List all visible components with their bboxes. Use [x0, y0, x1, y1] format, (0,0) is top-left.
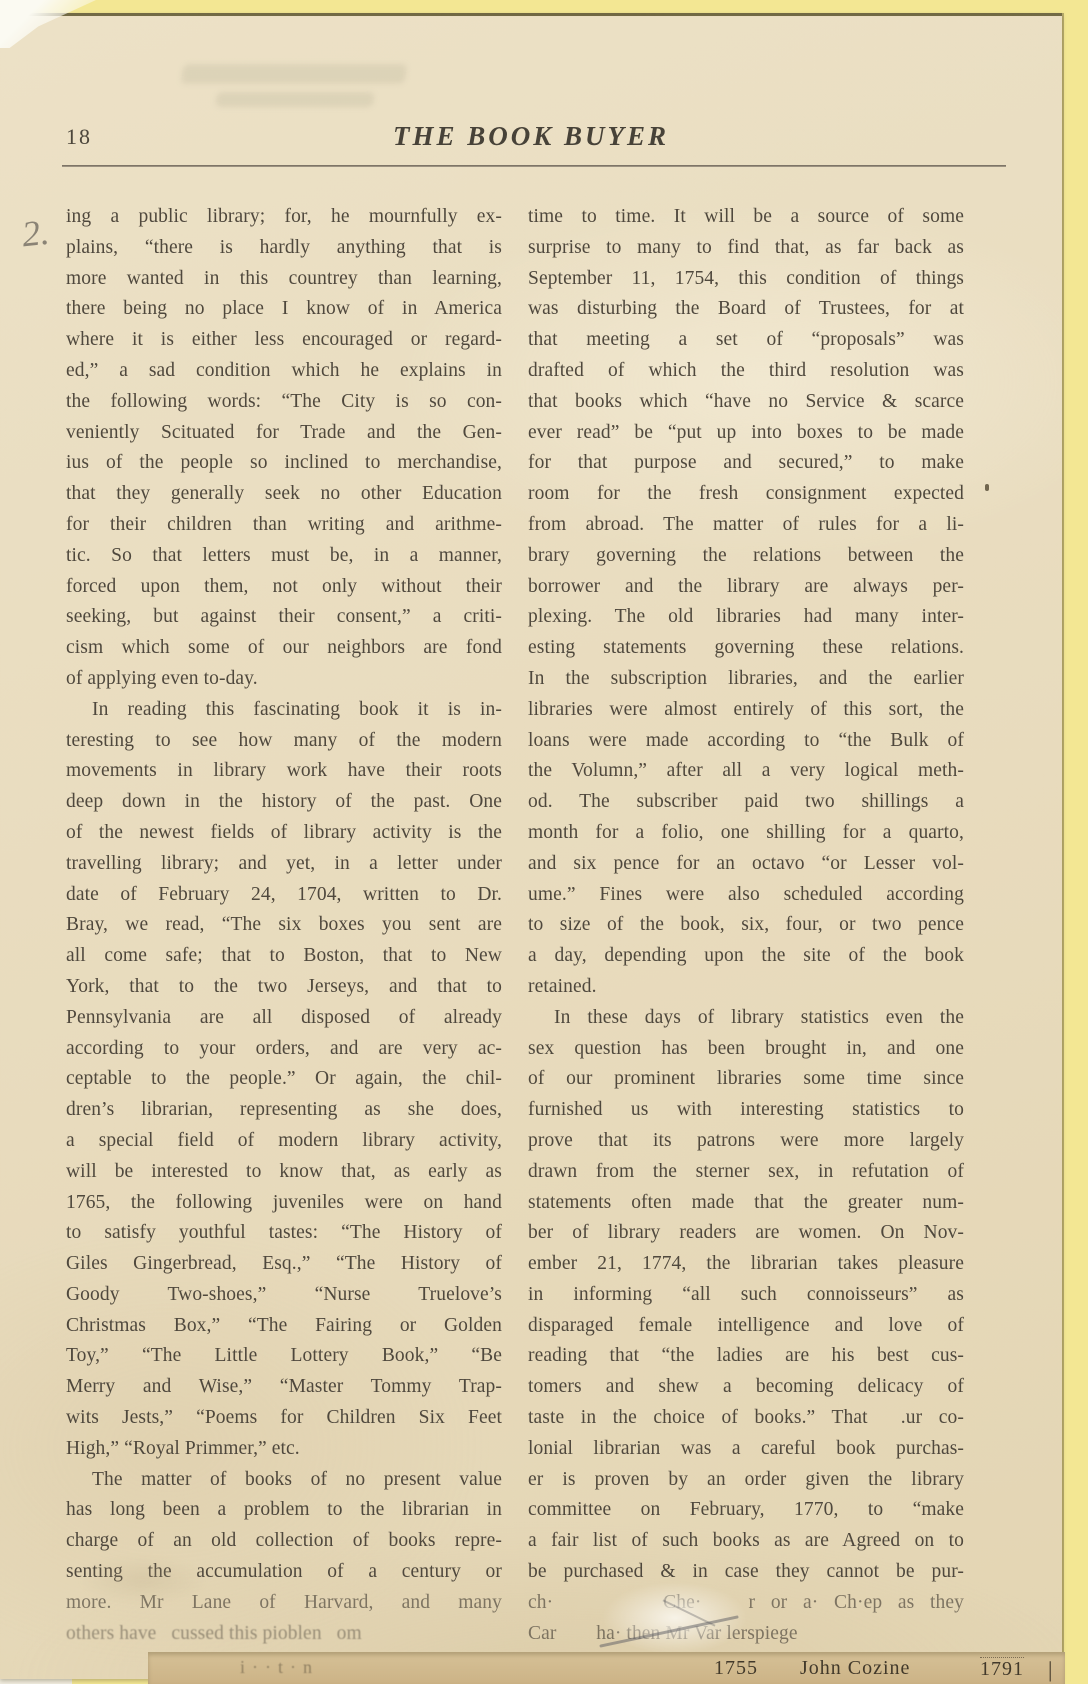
- text-line: September 11, 1754, this condition of th…: [528, 264, 964, 295]
- text-line: seeking, but against their consent,” a c…: [66, 602, 502, 633]
- text-line: of the newest fields of library activity…: [66, 818, 502, 849]
- bottom-clipping-strip: i··t·n 1755 John Cozine 1791 |: [148, 1652, 1065, 1684]
- text-line: to satisfy youthful tastes: “The History…: [66, 1218, 502, 1249]
- text-line: od. The subscriber paid two shillings a: [528, 787, 964, 818]
- text-line: York, that to the two Jerseys, and that …: [66, 972, 502, 1003]
- paper-stain: [58, 1548, 228, 1612]
- text-line: furnished us with interesting statistics…: [528, 1095, 964, 1126]
- text-line: there being no place I know of in Americ…: [66, 294, 502, 325]
- text-line: Christmas Box,” “The Fairing or Golden: [66, 1311, 502, 1342]
- text-line: wits Jests,” “Poems for Children Six Fee…: [66, 1403, 502, 1434]
- text-line: tomers and shew a becoming delicacy of: [528, 1372, 964, 1403]
- left-column: ing a public library; for, he mournfully…: [66, 202, 502, 1649]
- text-line: The matter of books of no present value: [66, 1465, 502, 1496]
- text-line: disparaged female intelligence and love …: [528, 1311, 964, 1342]
- text-line: Pennsylvania are all disposed of already: [66, 1003, 502, 1034]
- text-line: drawn from the sterner sex, in refutatio…: [528, 1157, 964, 1188]
- text-line: taste in the choice of books.” That .ur …: [528, 1403, 964, 1434]
- scanned-page: 18 THE BOOK BUYER 2. ing a public librar…: [0, 13, 1062, 1679]
- text-line: all come safe; that to Boston, that to N…: [66, 941, 502, 972]
- text-line: prove that its patrons were more largely: [528, 1126, 964, 1157]
- text-line: of our prominent libraries some time sin…: [528, 1064, 964, 1095]
- text-line: has long been a problem to the librarian…: [66, 1495, 502, 1526]
- text-line: drafted of which the third resolution wa…: [528, 356, 964, 387]
- text-line: Bray, we read, “The six boxes you sent a…: [66, 910, 502, 941]
- text-line: 1765, the following juveniles were on ha…: [66, 1188, 502, 1219]
- text-line: in informing “all such connoisseurs” as: [528, 1280, 964, 1311]
- text-line: veniently Scituated for Trade and the Ge…: [66, 418, 502, 449]
- text-line: will be interested to know that, as earl…: [66, 1157, 502, 1188]
- text-line: of applying even to-day.: [66, 664, 502, 695]
- text-line: movements in library work have their roo…: [66, 756, 502, 787]
- text-line: ing a public library; for, he mournfully…: [66, 202, 502, 233]
- text-line: dren’s librarian, representing as she do…: [66, 1095, 502, 1126]
- strip-name: John Cozine: [800, 1657, 910, 1680]
- text-line: Merry and Wise,” “Master Tommy Trap-: [66, 1372, 502, 1403]
- text-line: ed,” a sad condition which he explains i…: [66, 356, 502, 387]
- text-line: High,” “Royal Primmer,” etc.: [66, 1434, 502, 1465]
- page-title: THE BOOK BUYER: [0, 120, 1062, 152]
- text-line: month for a folio, one shilling for a qu…: [528, 818, 964, 849]
- text-line: Giles Gingerbread, Esq.,” “The History o…: [66, 1249, 502, 1280]
- stamp-bleedthrough-smudge: [181, 64, 408, 84]
- strip-year-left: 1755: [714, 1657, 758, 1680]
- text-line: ius of the people so inclined to merchan…: [66, 448, 502, 479]
- text-line: that meeting a set of “proposals” was: [528, 325, 964, 356]
- text-line: time to time. It will be a source of som…: [528, 202, 964, 233]
- text-line: lonial librarian was a careful book purc…: [528, 1434, 964, 1465]
- text-line: ber of library readers are women. On Nov…: [528, 1218, 964, 1249]
- text-line: teresting to see how many of the modern: [66, 726, 502, 757]
- text-line: to size of the book, six, four, or two p…: [528, 910, 964, 941]
- text-line: In these days of library statistics even…: [528, 1003, 964, 1034]
- text-line: Goody Two-shoes,” “Nurse Truelove’s: [66, 1280, 502, 1311]
- strip-text-fragment: i··t·n: [240, 1657, 319, 1678]
- text-line: brary governing the relations between th…: [528, 541, 964, 572]
- strip-divider: |: [1048, 1657, 1052, 1683]
- page-number: 18: [66, 124, 92, 150]
- text-line: In the subscription libraries, and the e…: [528, 664, 964, 695]
- text-line: ember 21, 1774, the librarian takes plea…: [528, 1249, 964, 1280]
- text-line: more wanted in this countrey than learni…: [66, 264, 502, 295]
- page-header: 18 THE BOOK BUYER: [0, 120, 1062, 154]
- right-column: time to time. It will be a source of som…: [528, 202, 964, 1649]
- margin-annotation-handwritten: 2.: [20, 211, 51, 256]
- text-line: from abroad. The matter of rules for a l…: [528, 510, 964, 541]
- text-line: loans were made according to “the Bulk o…: [528, 726, 964, 757]
- ink-speck: [985, 484, 989, 491]
- strip-year-right: 1791: [980, 1657, 1024, 1681]
- text-line: a special field of modern library activi…: [66, 1126, 502, 1157]
- text-line: for that purpose and secured,” to make: [528, 448, 964, 479]
- text-line: er is proven by an order given the libra…: [528, 1465, 964, 1496]
- text-line: ume.” Fines were also scheduled accordin…: [528, 880, 964, 911]
- text-line: libraries were almost entirely of this s…: [528, 695, 964, 726]
- text-line: a day, depending upon the site of the bo…: [528, 941, 964, 972]
- text-line: ceptable to the people.” Or again, the c…: [66, 1064, 502, 1095]
- text-line: for their children than writing and arit…: [66, 510, 502, 541]
- text-line: and six pence for an octavo “or Lesser v…: [528, 849, 964, 880]
- text-line: deep down in the history of the past. On…: [66, 787, 502, 818]
- text-line: that books which “have no Service & scar…: [528, 387, 964, 418]
- text-line: forced upon them, not only without their: [66, 572, 502, 603]
- text-line: travelling library; and yet, in a letter…: [66, 849, 502, 880]
- text-line: plexing. The old libraries had many inte…: [528, 602, 964, 633]
- text-line: plains, “there is hardly anything that i…: [66, 233, 502, 264]
- text-line: the following words: “The City is so con…: [66, 387, 502, 418]
- text-line: date of February 24, 1704, written to Dr…: [66, 880, 502, 911]
- text-line: reading that “the ladies are his best cu…: [528, 1341, 964, 1372]
- text-line: room for the fresh consignment expected: [528, 479, 964, 510]
- text-line: others have cussed this pioblen om: [66, 1619, 502, 1650]
- stamp-bleedthrough-smudge: [215, 92, 375, 107]
- text-line: statements often made that the greater n…: [528, 1188, 964, 1219]
- text-line: according to your orders, and are very a…: [66, 1034, 502, 1065]
- text-line: Toy,” “The Little Lottery Book,” “Be: [66, 1341, 502, 1372]
- text-line: In reading this fascinating book it is i…: [66, 695, 502, 726]
- text-columns: ing a public library; for, he mournfully…: [66, 202, 964, 1649]
- text-line: esting statements governing these relati…: [528, 633, 964, 664]
- text-line: surprise to many to find that, as far ba…: [528, 233, 964, 264]
- text-line: cism which some of our neighbors are fon…: [66, 633, 502, 664]
- text-line: tic. So that letters must be, in a manne…: [66, 541, 502, 572]
- text-line: was disturbing the Board of Trustees, fo…: [528, 294, 964, 325]
- text-line: a fair list of such books as are Agreed …: [528, 1526, 964, 1557]
- text-line: sex question has been brought in, and on…: [528, 1034, 964, 1065]
- text-line: the Volumn,” after all a very logical me…: [528, 756, 964, 787]
- text-line: committee on February, 1770, to “make: [528, 1495, 964, 1526]
- text-line: borrower and the library are always per-: [528, 572, 964, 603]
- text-line: that they generally seek no other Educat…: [66, 479, 502, 510]
- text-line: retained.: [528, 972, 964, 1003]
- text-line: where it is either less encouraged or re…: [66, 325, 502, 356]
- text-line: ever read” be “put up into boxes to be m…: [528, 418, 964, 449]
- header-rule: [62, 165, 1006, 167]
